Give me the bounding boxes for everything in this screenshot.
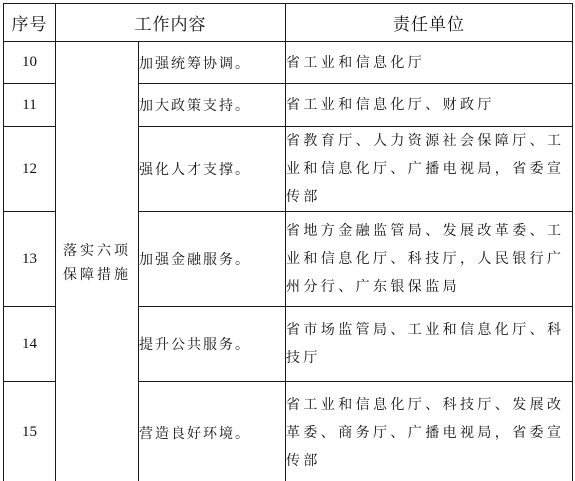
row-index: 13 [4, 212, 56, 307]
row-task: 加大政策支持。 [139, 84, 286, 127]
row-index: 15 [4, 382, 56, 481]
header-responsible: 责任单位 [286, 4, 573, 42]
row-responsible: 省市场监管局、工业和信息化厅、科技厅 [286, 307, 573, 382]
row-task: 加强金融服务。 [139, 212, 286, 307]
header-index: 序号 [4, 4, 56, 42]
row-task: 强化人才支撑。 [139, 127, 286, 212]
group-label-line: 保障措施 [63, 267, 131, 283]
row-index: 10 [4, 42, 56, 84]
row-task: 加强统筹协调。 [139, 42, 286, 84]
row-responsible: 省地方金融监管局、发展改革委、工业和信息化厅、科技厅，人民银行广州分行、广东银保… [286, 212, 573, 307]
row-responsible: 省工业和信息化厅、财政厅 [286, 84, 573, 127]
table-header-row: 序号 工作内容 责任单位 [4, 4, 573, 42]
table-row: 10 落实六项 保障措施 加强统筹协调。 省工业和信息化厅 [4, 42, 573, 84]
responsibility-table: 序号 工作内容 责任单位 10 落实六项 保障措施 加强统筹协调。 省工业和信息… [3, 3, 573, 481]
row-index: 11 [4, 84, 56, 127]
group-label-cell: 落实六项 保障措施 [56, 42, 139, 481]
row-task: 提升公共服务。 [139, 307, 286, 382]
group-label-line: 落实六项 [63, 243, 131, 259]
row-index: 14 [4, 307, 56, 382]
row-index: 12 [4, 127, 56, 212]
header-content: 工作内容 [56, 4, 286, 42]
row-responsible: 省工业和信息化厅、科技厅、发展改革委、商务厅、广播电视局，省委宣传部 [286, 382, 573, 481]
row-task: 营造良好环境。 [139, 382, 286, 481]
row-responsible: 省教育厅、人力资源社会保障厅、工业和信息化厅、广播电视局，省委宣传部 [286, 127, 573, 212]
row-responsible: 省工业和信息化厅 [286, 42, 573, 84]
group-label: 落实六项 保障措施 [63, 239, 131, 287]
